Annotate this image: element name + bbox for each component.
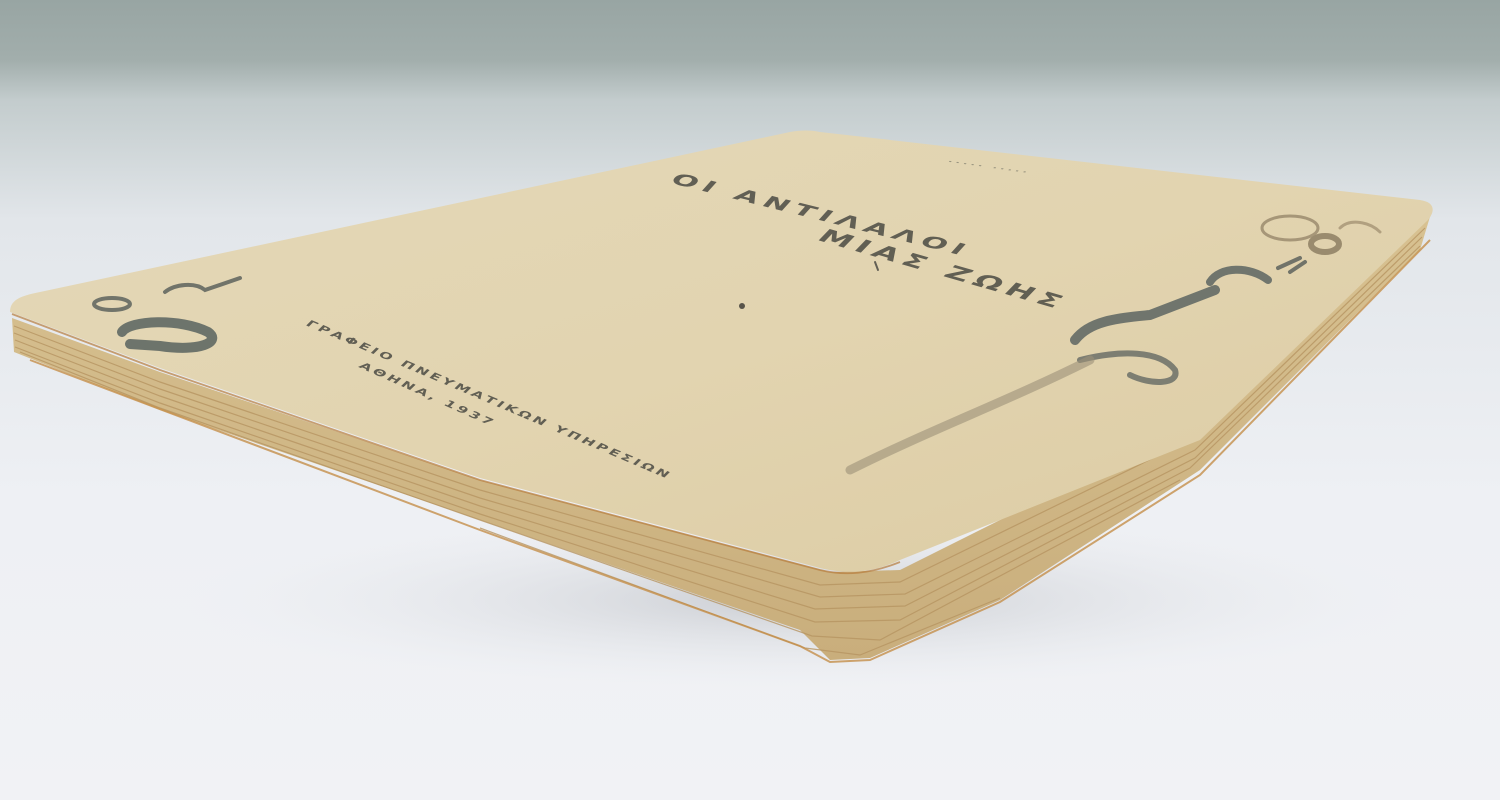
photo-scene: ····· ····· ΟΙ ΑΝΤΙΛΑΛΟΙ ΜΙΑΣ ΖΩΗΣ ΓΡΑΦΕ… [0,0,1500,800]
book-illustration [0,0,1500,800]
